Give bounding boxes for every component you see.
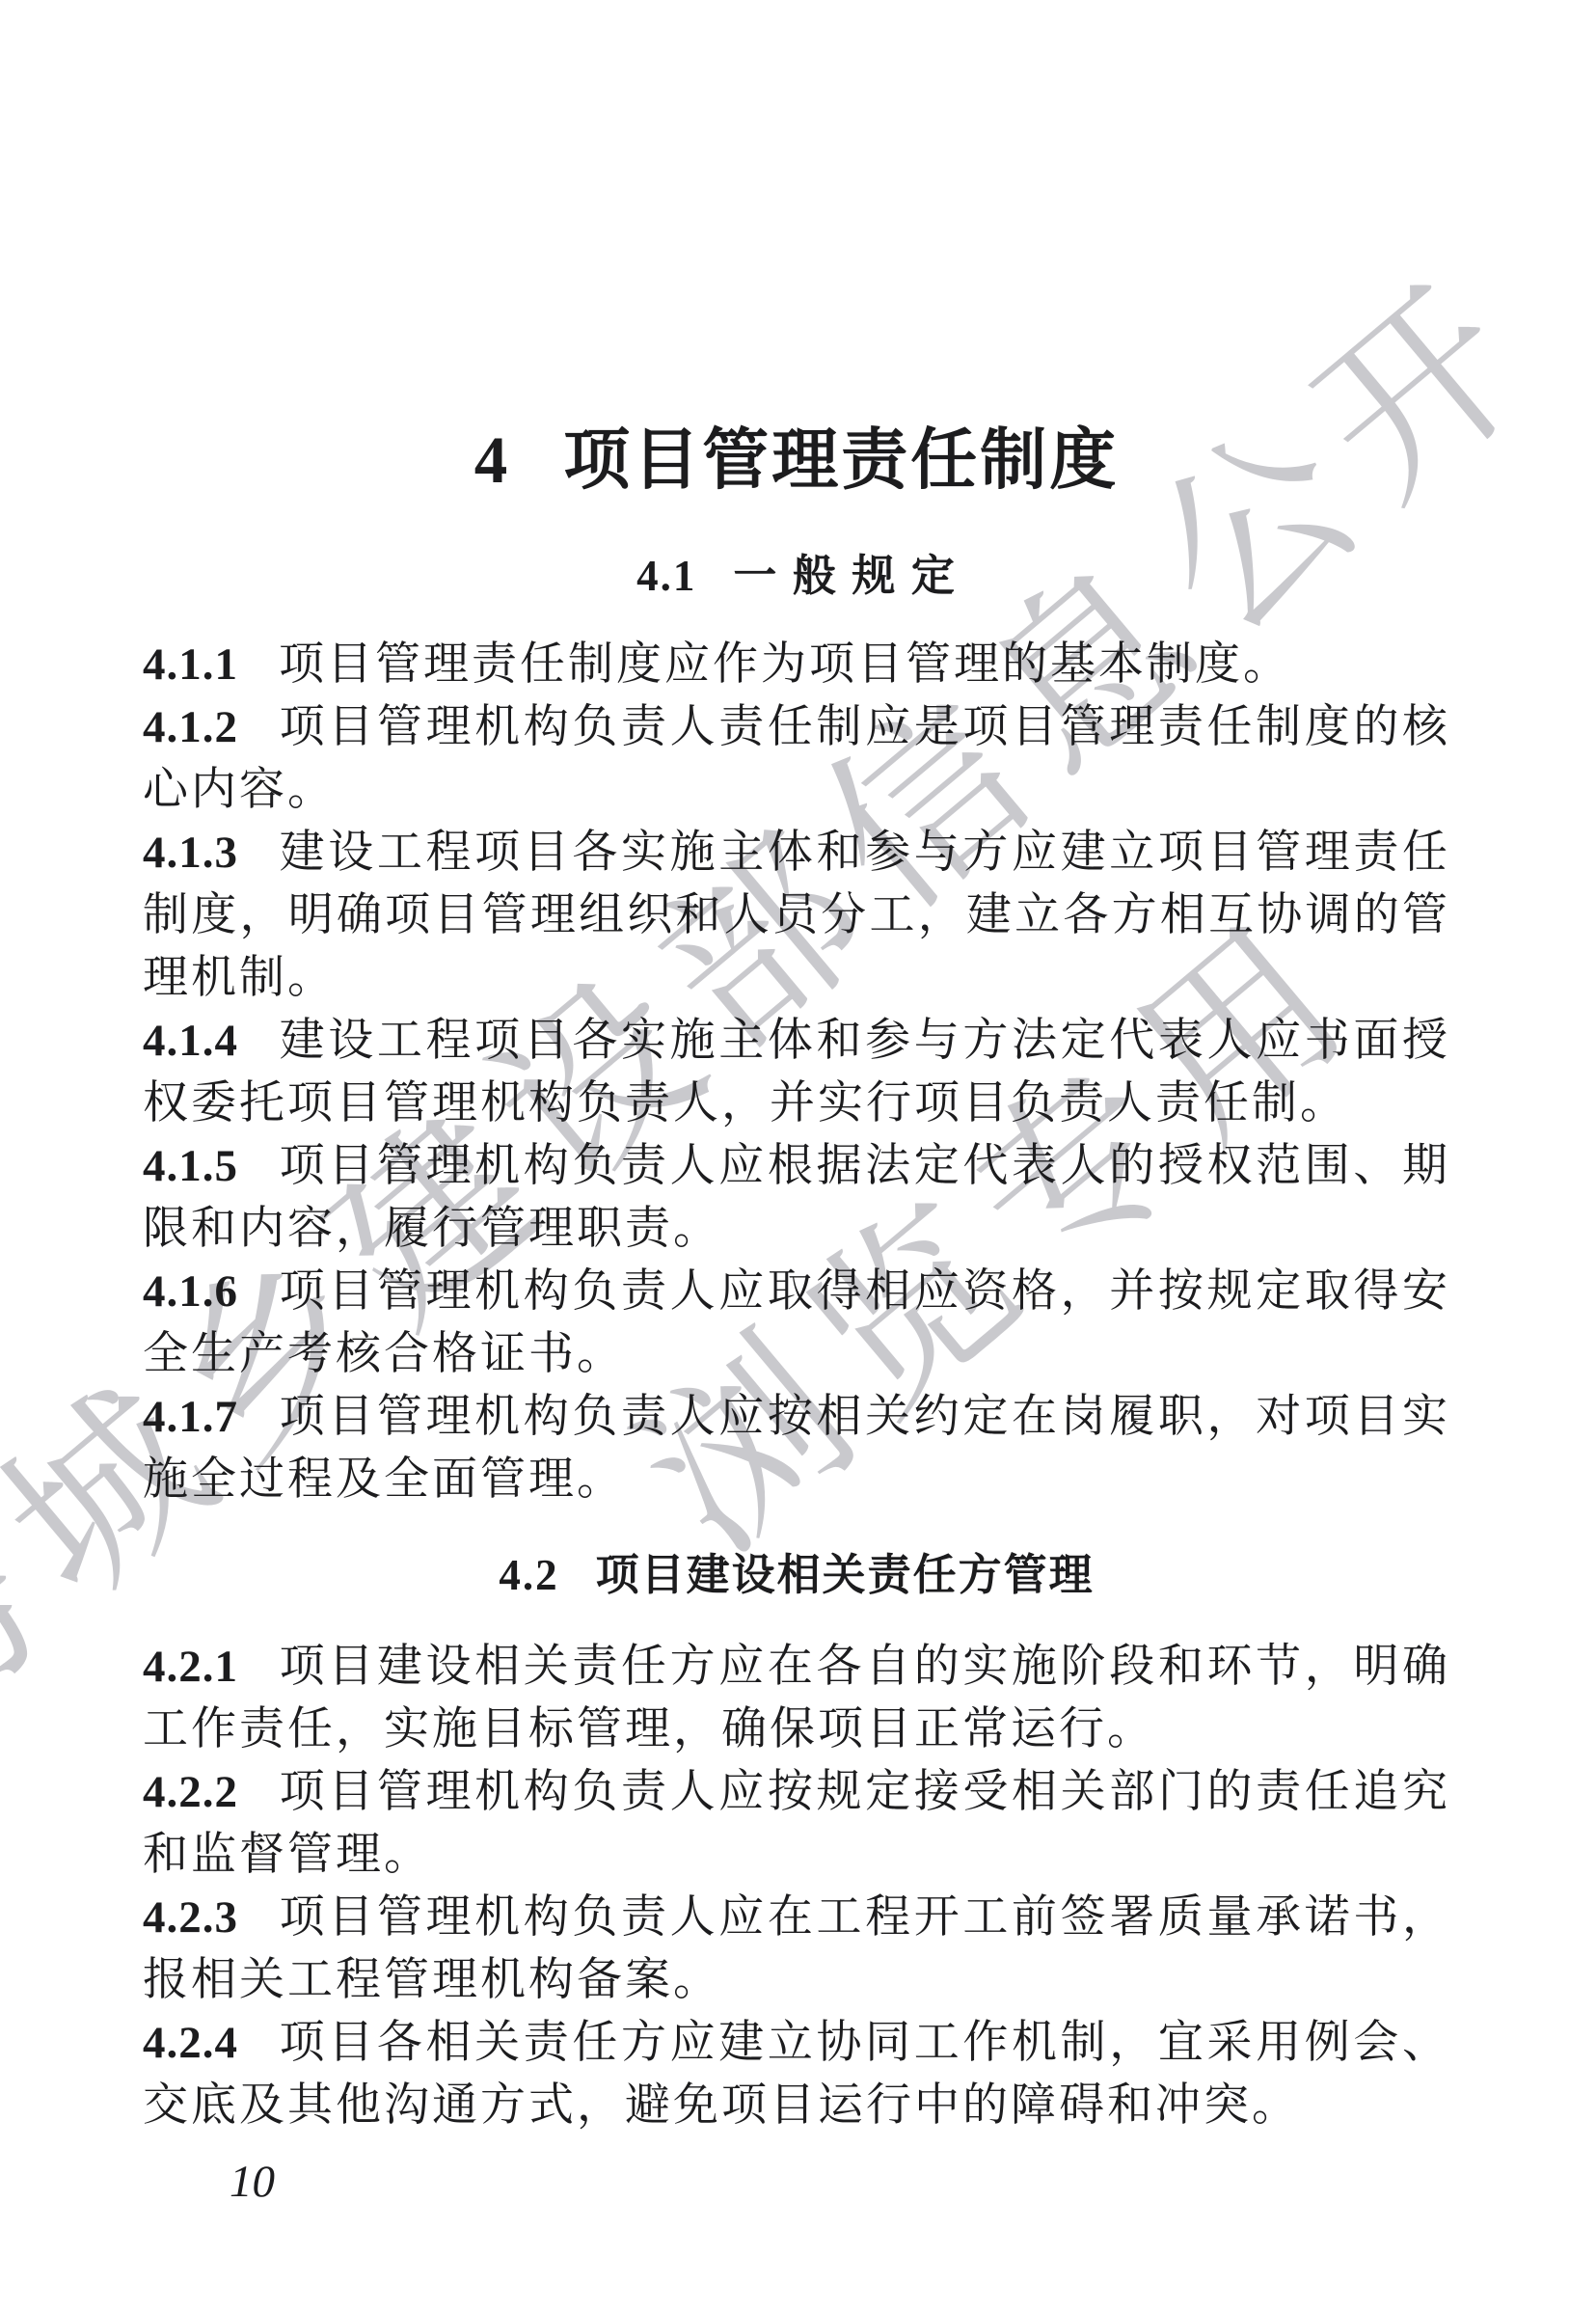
clause-item: 4.2.3项目管理机构负责人应在工程开工前签署质量承诺书，报相关工程管理机构备案… — [143, 1887, 1450, 2012]
clause-text: 项目管理机构负责人应取得相应资格，并按规定取得安全生产考核合格证书。 — [143, 1266, 1450, 1379]
clause-text: 项目管理机构负责人应按规定接受相关部门的责任追究和监督管理。 — [143, 1767, 1450, 1880]
clause-number: 4.2.3 — [143, 1892, 238, 1943]
clause-item: 4.1.7项目管理机构负责人应按相关约定在岗履职，对项目实施全过程及全面管理。 — [143, 1386, 1450, 1511]
section-title-text: 项目建设相关责任方管理 — [596, 1550, 1095, 1599]
clause-number: 4.1.3 — [143, 828, 238, 878]
clause-text: 项目管理责任制度应作为项目管理的基本制度。 — [279, 639, 1291, 690]
clause-number: 4.1.2 — [143, 702, 238, 752]
page-number: 10 — [230, 2156, 275, 2208]
clause-item: 4.1.2项目管理机构负责人责任制应是项目管理责任制度的核心内容。 — [143, 696, 1450, 822]
clause-text: 建设工程项目各实施主体和参与方应建立项目管理责任制度，明确项目管理组织和人员分工… — [143, 828, 1450, 1003]
chapter-title: 4项目管理责任制度 — [143, 415, 1450, 506]
section-4-1-clauses: 4.1.1项目管理责任制度应作为项目管理的基本制度。 4.1.2项目管理机构负责… — [143, 634, 1450, 1511]
clause-text: 项目管理机构负责人应按相关约定在岗履职，对项目实施全过程及全面管理。 — [143, 1392, 1450, 1505]
clause-number: 4.1.6 — [143, 1266, 238, 1317]
clause-number: 4.1.7 — [143, 1392, 238, 1442]
clause-text: 项目管理机构负责人应根据法定代表人的授权范围、期限和内容，履行管理职责。 — [143, 1141, 1450, 1254]
clause-number: 4.1.1 — [143, 639, 238, 690]
section-4-2-clauses: 4.2.1项目建设相关责任方应在各自的实施阶段和环节，明确工作责任，实施目标管理… — [143, 1636, 1450, 2137]
page-content: 4项目管理责任制度 4.1一 般 规 定 4.1.1项目管理责任制度应作为项目管… — [143, 0, 1450, 2137]
clause-item: 4.1.6项目管理机构负责人应取得相应资格，并按规定取得安全生产考核合格证书。 — [143, 1261, 1450, 1386]
clause-number: 4.1.5 — [143, 1141, 238, 1191]
clause-number: 4.2.2 — [143, 1767, 238, 1817]
clause-text: 建设工程项目各实施主体和参与方法定代表人应书面授权委托项目管理机构负责人，并实行… — [143, 1016, 1450, 1128]
clause-text: 项目各相关责任方应建立协同工作机制，宜采用例会、交底及其他沟通方式，避免项目运行… — [143, 2018, 1450, 2131]
section-heading-4-2: 4.2项目建设相关责任方管理 — [143, 1545, 1450, 1605]
clause-item: 4.2.1项目建设相关责任方应在各自的实施阶段和环节，明确工作责任，实施目标管理… — [143, 1636, 1450, 1761]
chapter-number: 4 — [474, 423, 511, 497]
clause-number: 4.2.1 — [143, 1642, 238, 1692]
clause-item: 4.1.1项目管理责任制度应作为项目管理的基本制度。 — [143, 634, 1450, 696]
section-title-text: 一 般 规 定 — [733, 551, 957, 600]
clause-text: 项目管理机构负责人应在工程开工前签署质量承诺书，报相关工程管理机构备案。 — [143, 1892, 1450, 2005]
section-number: 4.2 — [499, 1551, 558, 1599]
section-heading-4-1: 4.1一 般 规 定 — [143, 547, 1450, 605]
clause-text: 项目建设相关责任方应在各自的实施阶段和环节，明确工作责任，实施目标管理，确保项目… — [143, 1642, 1450, 1754]
clause-item: 4.1.5项目管理机构负责人应根据法定代表人的授权范围、期限和内容，履行管理职责… — [143, 1135, 1450, 1261]
clause-item: 4.1.3建设工程项目各实施主体和参与方应建立项目管理责任制度，明确项目管理组织… — [143, 822, 1450, 1010]
document-page: 住房城乡建设部信息公开 浏览专用 4项目管理责任制度 4.1一 般 规 定 4.… — [0, 0, 1596, 2311]
clause-item: 4.2.4项目各相关责任方应建立协同工作机制，宜采用例会、交底及其他沟通方式，避… — [143, 2012, 1450, 2137]
clause-text: 项目管理机构负责人责任制应是项目管理责任制度的核心内容。 — [143, 702, 1450, 815]
section-number: 4.1 — [636, 552, 696, 600]
clause-number: 4.1.4 — [143, 1016, 238, 1066]
clause-item: 4.1.4建设工程项目各实施主体和参与方法定代表人应书面授权委托项目管理机构负责… — [143, 1010, 1450, 1135]
clause-number: 4.2.4 — [143, 2018, 238, 2068]
clause-item: 4.2.2项目管理机构负责人应按规定接受相关部门的责任追究和监督管理。 — [143, 1761, 1450, 1887]
chapter-title-text: 项目管理责任制度 — [563, 423, 1119, 497]
